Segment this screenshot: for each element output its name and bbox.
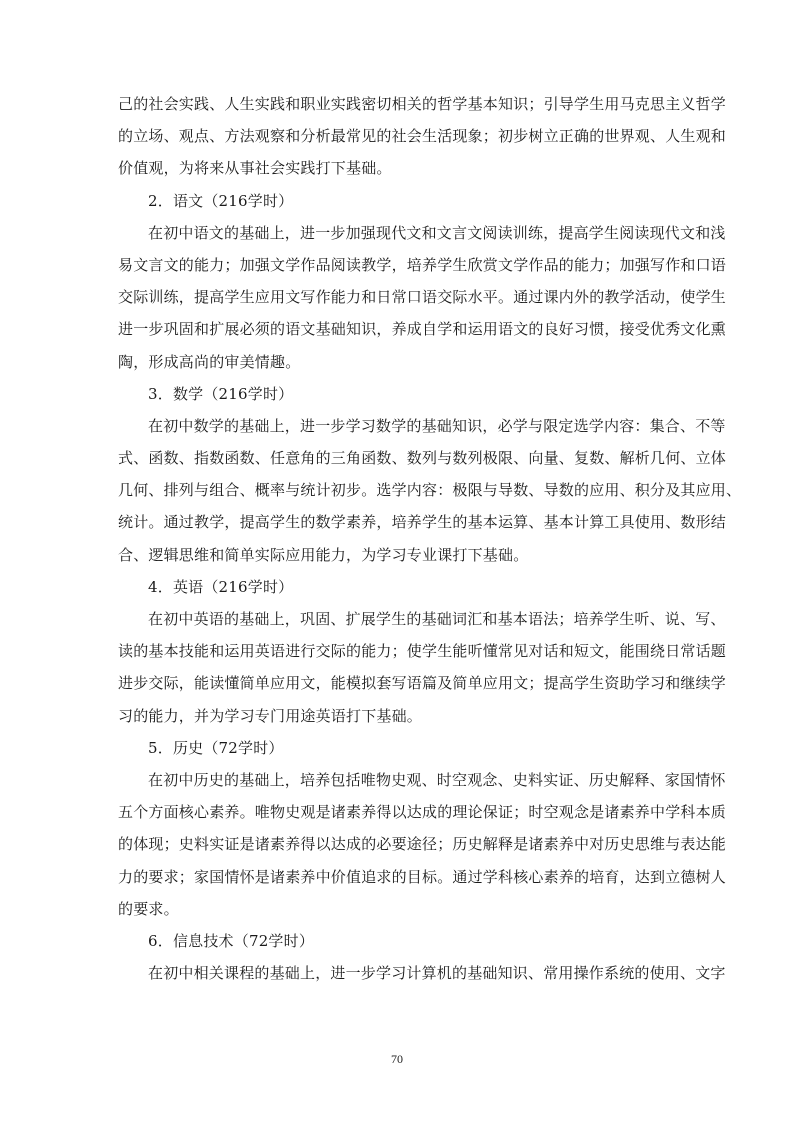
paragraph-line: 进步交际，能读懂简单应用文，能模拟套写语篇及简单应用文；提高学生资助学习和继续学 — [118, 667, 682, 699]
paragraph-line: 陶，形成高尚的审美情趣。 — [118, 346, 682, 378]
paragraph-line: 习的能力，并为学习专门用途英语打下基础。 — [118, 700, 682, 732]
document-page: 己的社会实践、人生实践和职业实践密切相关的哲学基本知识；引导学生用马克思主义哲学… — [118, 88, 682, 989]
paragraph-line: 几何、排列与组合、概率与统计初步。选学内容：极限与导数、导数的应用、积分及其应用… — [118, 474, 682, 506]
paragraph-line: 在初中英语的基础上，巩固、扩展学生的基础词汇和基本语法；培养学生听、说、写、 — [118, 603, 682, 635]
paragraph-line: 价值观，为将来从事社会实践打下基础。 — [118, 152, 682, 184]
paragraph-line: 在初中相关课程的基础上，进一步学习计算机的基础知识、常用操作系统的使用、文字 — [118, 957, 682, 989]
paragraph-line: 式、函数、指数函数、任意角的三角函数、数列与数列极限、向量、复数、解析几何、立体 — [118, 442, 682, 474]
section-heading: 4．英语（216学时） — [118, 571, 682, 603]
section-english: 4．英语（216学时） 在初中英语的基础上，巩固、扩展学生的基础词汇和基本语法；… — [118, 571, 682, 732]
paragraph-line: 读的基本技能和运用英语进行交际的能力；使学生能听懂常见对话和短文，能围绕日常话题 — [118, 635, 682, 667]
section-information-technology: 6．信息技术（72学时） 在初中相关课程的基础上，进一步学习计算机的基础知识、常… — [118, 925, 682, 989]
paragraph-line: 交际训练，提高学生应用文写作能力和日常口语交际水平。通过课内外的教学活动，使学生 — [118, 281, 682, 313]
section-math: 3．数学（216学时） 在初中数学的基础上，进一步学习数学的基础知识，必学与限定… — [118, 378, 682, 571]
paragraph-line: 的体现；史料实证是诸素养得以达成的必要途径；历史解释是诸素养中对历史思维与表达能 — [118, 828, 682, 860]
section-chinese: 2．语文（216学时） 在初中语文的基础上，进一步加强现代文和文言文阅读训练，提… — [118, 185, 682, 378]
paragraph-line: 的立场、观点、方法观察和分析最常见的社会生活现象；初步树立正确的世界观、人生观和 — [118, 120, 682, 152]
paragraph-line: 进一步巩固和扩展必须的语文基础知识，养成自学和运用语文的良好习惯，接受优秀文化熏 — [118, 313, 682, 345]
paragraph-line: 在初中数学的基础上，进一步学习数学的基础知识，必学与限定选学内容：集合、不等 — [118, 410, 682, 442]
paragraph-line: 己的社会实践、人生实践和职业实践密切相关的哲学基本知识；引导学生用马克思主义哲学 — [118, 88, 682, 120]
paragraph-line: 易文言文的能力；加强文学作品阅读教学，培养学生欣赏文学作品的能力；加强写作和口语 — [118, 249, 682, 281]
paragraph-line: 力的要求；家国情怀是诸素养中价值追求的目标。通过学科核心素养的培育，达到立德树人 — [118, 861, 682, 893]
section-heading: 2．语文（216学时） — [118, 185, 682, 217]
paragraph-line: 五个方面核心素养。唯物史观是诸素养得以达成的理论保证；时空观念是诸素养中学科本质 — [118, 796, 682, 828]
section-history: 5．历史（72学时） 在初中历史的基础上，培养包括唯物史观、时空观念、史料实证、… — [118, 732, 682, 925]
section-heading: 5．历史（72学时） — [118, 732, 682, 764]
paragraph-line: 合、逻辑思维和简单实际应用能力，为学习专业课打下基础。 — [118, 539, 682, 571]
paragraph-line: 在初中历史的基础上，培养包括唯物史观、时空观念、史料实证、历史解释、家国情怀 — [118, 764, 682, 796]
page-number: 70 — [0, 1052, 794, 1067]
section-heading: 6．信息技术（72学时） — [118, 925, 682, 957]
continuation-paragraph: 己的社会实践、人生实践和职业实践密切相关的哲学基本知识；引导学生用马克思主义哲学… — [118, 88, 682, 185]
paragraph-line: 统计。通过教学，提高学生的数学素养，培养学生的基本运算、基本计算工具使用、数形结 — [118, 506, 682, 538]
paragraph-line: 的要求。 — [118, 893, 682, 925]
section-heading: 3．数学（216学时） — [118, 378, 682, 410]
paragraph-line: 在初中语文的基础上，进一步加强现代文和文言文阅读训练，提高学生阅读现代文和浅 — [118, 217, 682, 249]
